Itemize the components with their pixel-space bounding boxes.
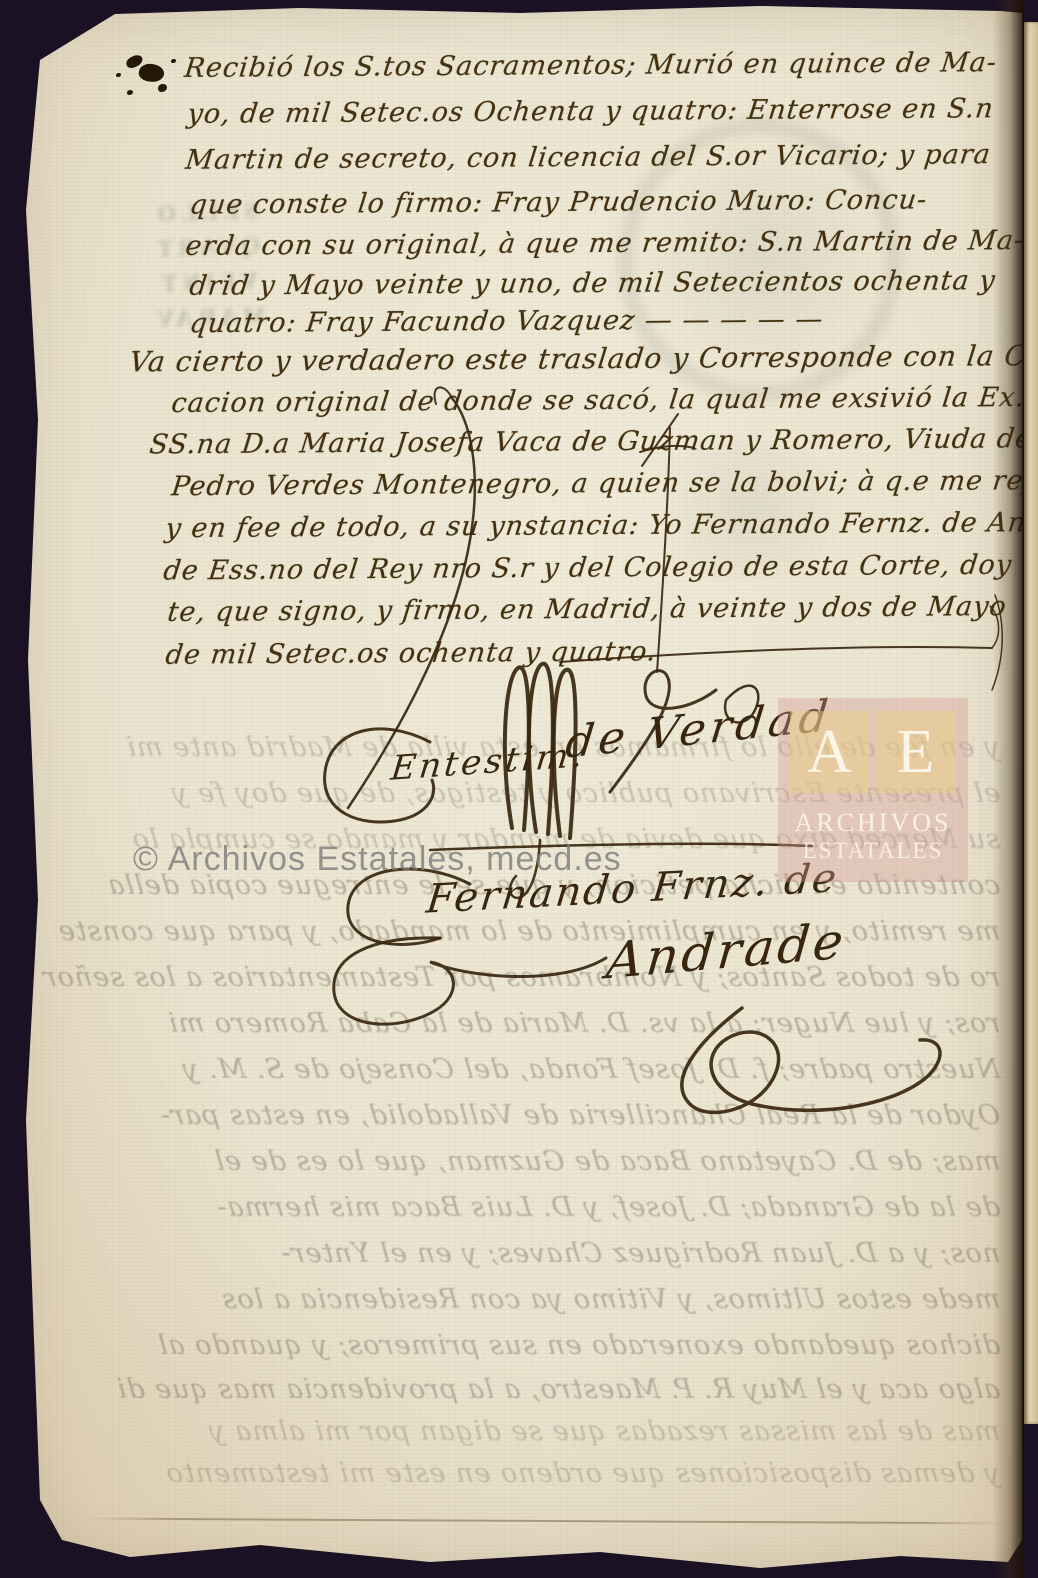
archivos-estatales-logo: A E ARCHIVOS ESTATALES bbox=[778, 698, 968, 882]
book-gutter-shadow bbox=[993, 0, 1024, 1578]
logo-text-archivos: ARCHIVOS bbox=[778, 808, 968, 838]
next-page-edge bbox=[1024, 22, 1038, 1424]
logo-letter-a: A bbox=[790, 711, 869, 793]
logo-letter-boxes: A E bbox=[778, 698, 968, 793]
logo-letter-e: E bbox=[876, 711, 955, 793]
logo-text-estatales: ESTATALES bbox=[778, 838, 968, 864]
archive-watermark: © Archivos Estatales, mecd.es bbox=[133, 840, 622, 879]
scanned-manuscript: SELLO QVART VEINT MARAV y en fee de ello… bbox=[0, 0, 1038, 1578]
